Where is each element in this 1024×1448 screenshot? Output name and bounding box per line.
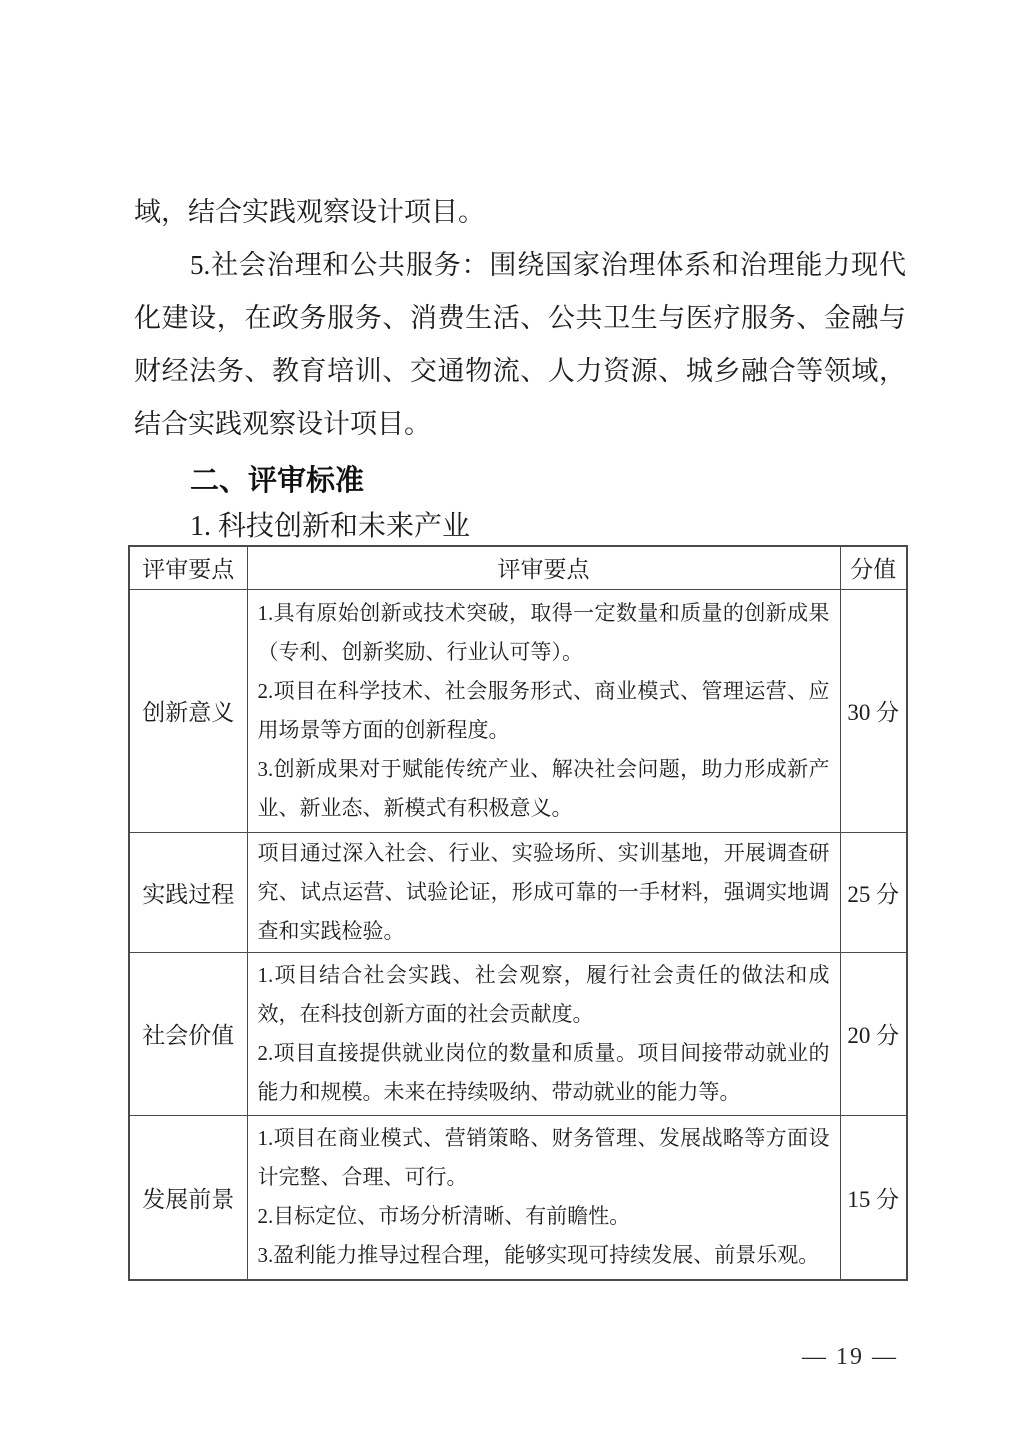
document-content: 域，结合实践观察设计项目。 5.社会治理和公共服务：围绕国家治理体系和治理能力现… [134,0,906,1281]
category-cell: 创新意义 [129,589,247,832]
criteria-item: 项目通过深入社会、行业、实验场所、实训基地，开展调查研究、试点运营、试验论证，形… [258,834,830,951]
score-cell: 20 分 [840,952,907,1115]
criteria-item: 1.项目结合社会实践、社会观察，履行社会责任的做法和成效，在科技创新方面的社会贡… [258,956,830,1034]
criteria-item: 1.项目在商业模式、营销策略、财务管理、发展战略等方面设计完整、合理、可行。 [258,1119,830,1197]
criteria-item: 3.创新成果对于赋能传统产业、解决社会问题，助力形成新产业、新业态、新模式有积极… [258,750,830,828]
page-number: — 19 — [760,1342,940,1372]
column-header-score: 分值 [840,546,907,589]
score-cell: 30 分 [840,589,907,832]
criteria-item: 1.具有原始创新或技术突破，取得一定数量和质量的创新成果（专利、创新奖励、行业认… [258,594,830,672]
paragraph-continuation: 域，结合实践观察设计项目。 [134,186,906,239]
criteria-cell: 1.项目结合社会实践、社会观察，履行社会责任的做法和成效，在科技创新方面的社会贡… [247,952,840,1115]
category-cell: 社会价值 [129,952,247,1115]
criteria-cell: 1.项目在商业模式、营销策略、财务管理、发展战略等方面设计完整、合理、可行。 2… [247,1115,840,1280]
criteria-cell: 项目通过深入社会、行业、实验场所、实训基地，开展调查研究、试点运营、试验论证，形… [247,832,840,952]
score-cell: 25 分 [840,832,907,952]
table-header-row: 评审要点 评审要点 分值 [129,546,907,589]
category-cell: 实践过程 [129,832,247,952]
criteria-table: 评审要点 评审要点 分值 创新意义 1.具有原始创新或技术突破，取得一定数量和质… [128,545,908,1281]
column-header-criteria: 评审要点 [247,546,840,589]
score-cell: 15 分 [840,1115,907,1280]
table-row-innovation: 创新意义 1.具有原始创新或技术突破，取得一定数量和质量的创新成果（专利、创新奖… [129,589,907,832]
paragraph-item5: 5.社会治理和公共服务：围绕国家治理体系和治理能力现代化建设，在政务服务、消费生… [134,239,906,451]
criteria-item: 2.目标定位、市场分析清晰、有前瞻性。 [258,1197,830,1236]
criteria-item: 2.项目在科学技术、社会服务形式、商业模式、管理运营、应用场景等方面的创新程度。 [258,672,830,750]
criteria-item: 2.项目直接提供就业岗位的数量和质量。项目间接带动就业的能力和规模。未来在持续吸… [258,1034,830,1112]
section-heading: 二、评审标准 [190,461,906,501]
document-page: 域，结合实践观察设计项目。 5.社会治理和公共服务：围绕国家治理体系和治理能力现… [0,0,1024,1448]
section-subheading: 1. 科技创新和未来产业 [190,509,906,545]
table-row-social-value: 社会价值 1.项目结合社会实践、社会观察，履行社会责任的做法和成效，在科技创新方… [129,952,907,1115]
table-row-practice: 实践过程 项目通过深入社会、行业、实验场所、实训基地，开展调查研究、试点运营、试… [129,832,907,952]
criteria-cell: 1.具有原始创新或技术突破，取得一定数量和质量的创新成果（专利、创新奖励、行业认… [247,589,840,832]
category-cell: 发展前景 [129,1115,247,1280]
column-header-category: 评审要点 [129,546,247,589]
criteria-item: 3.盈利能力推导过程合理，能够实现可持续发展、前景乐观。 [258,1236,830,1275]
table-row-prospect: 发展前景 1.项目在商业模式、营销策略、财务管理、发展战略等方面设计完整、合理、… [129,1115,907,1280]
